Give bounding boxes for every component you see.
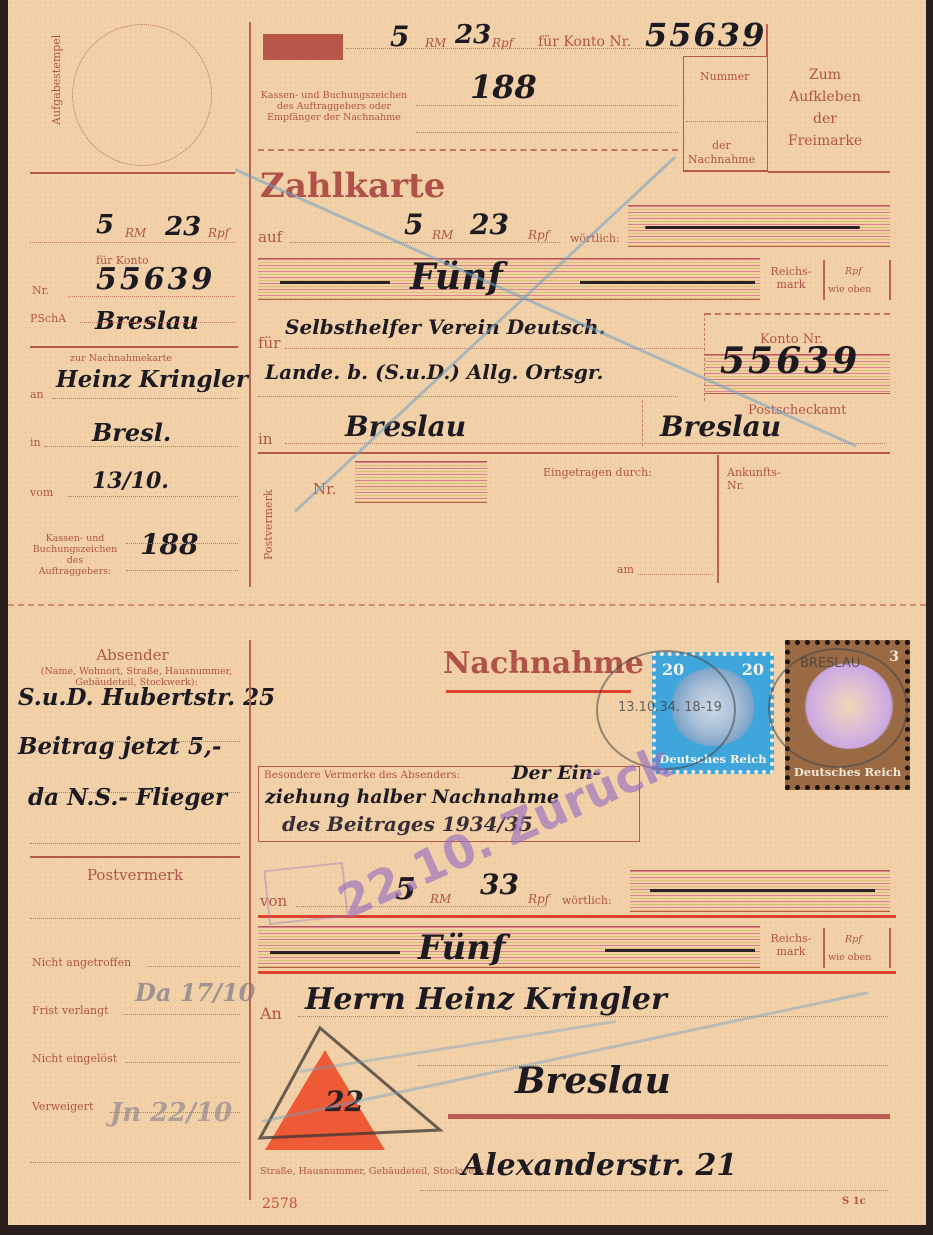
divider bbox=[766, 24, 768, 56]
postmark-circle-area bbox=[72, 24, 212, 166]
rpf-label: Rpf bbox=[528, 228, 549, 242]
dotted-line bbox=[416, 105, 678, 106]
vom-label: vom bbox=[30, 486, 53, 499]
zahlkarte-amount-rm: 5 bbox=[404, 208, 423, 241]
postvermerk-title: Postvermerk bbox=[30, 866, 240, 884]
recipient-street: Alexanderstr. 21 bbox=[462, 1148, 737, 1183]
divider bbox=[30, 172, 235, 174]
vermerke-label: Besondere Vermerke des Absenders: bbox=[264, 770, 460, 781]
dotted-line bbox=[52, 398, 238, 399]
wie-oben-label: wie oben bbox=[828, 284, 871, 295]
dotted-line bbox=[420, 1190, 888, 1191]
divider bbox=[642, 400, 644, 446]
nachnahme-amount-words: Fünf bbox=[418, 928, 506, 968]
rpf-label: Rpf bbox=[845, 266, 862, 277]
zahlkarte-amount-rpf: 23 bbox=[470, 208, 509, 241]
dotted-line bbox=[125, 1062, 240, 1063]
dotted-line bbox=[638, 574, 713, 575]
frist-verlangt-value: Da 17/10 bbox=[135, 978, 255, 1007]
zahlkarte-amount-words: Fünf bbox=[410, 256, 503, 298]
vom-value: 13/10. bbox=[92, 468, 169, 494]
recipient-name: Herrn Heinz Kringler bbox=[305, 982, 667, 1017]
sender-line1: S.u.D. Hubertstr. 25 bbox=[18, 684, 275, 711]
postmark-cancel: BRESLAU bbox=[768, 648, 908, 768]
postmark-date: 13.10.34. 18-19 bbox=[618, 700, 722, 715]
nicht-eingeloest-label: Nicht eingelöst bbox=[32, 1052, 117, 1065]
amount-words-bars bbox=[258, 926, 760, 968]
am-label: am bbox=[617, 563, 634, 576]
dotted-line bbox=[258, 396, 678, 397]
amount-words-bars bbox=[258, 258, 760, 300]
header-amount-rm: 5 bbox=[390, 20, 409, 53]
divider bbox=[823, 260, 825, 300]
postmark-city: BRESLAU bbox=[800, 656, 860, 671]
ankunfts-label: Ankunfts- Nr. bbox=[727, 466, 797, 492]
woertlich-label: wörtlich: bbox=[562, 894, 612, 907]
dotted-line bbox=[68, 496, 238, 497]
header-kassen-label: Kassen- und Buchungszeichen des Auftragg… bbox=[260, 90, 408, 123]
red-rule bbox=[258, 971, 896, 974]
header-kassen-value: 188 bbox=[470, 68, 537, 106]
ink-stroke bbox=[605, 949, 755, 952]
in-value: Bresl. bbox=[92, 418, 171, 447]
ink-stroke bbox=[280, 281, 390, 284]
dotted-line bbox=[123, 1014, 240, 1015]
frist-verlangt-label: Frist verlangt bbox=[32, 1004, 109, 1017]
der-label: der bbox=[712, 139, 731, 152]
ink-stroke bbox=[650, 889, 875, 892]
dotted-line bbox=[126, 543, 238, 544]
dotted-line bbox=[298, 1016, 888, 1017]
verweigert-value: Jn 22/10 bbox=[110, 1098, 232, 1128]
rm-label: RM bbox=[425, 36, 446, 50]
nachnahme-label: Nachnahme bbox=[688, 153, 755, 166]
reichsmark-label: Reichs- mark bbox=[765, 265, 817, 291]
red-block-marker bbox=[263, 34, 343, 60]
divider bbox=[30, 856, 240, 858]
zahlkarte-konto-number: 55639 bbox=[720, 340, 860, 382]
nummer-label: Nummer bbox=[700, 70, 749, 83]
stamp-denomination: 20 bbox=[742, 660, 764, 679]
stub-kassen-value: 188 bbox=[140, 528, 198, 561]
form-number: 2578 bbox=[262, 1196, 298, 1212]
divider bbox=[30, 346, 238, 348]
ink-stroke bbox=[645, 226, 860, 229]
postscheckamt-value: Breslau bbox=[660, 410, 781, 443]
aufgabestempel-label: Aufgabestempel bbox=[50, 35, 63, 125]
divider bbox=[717, 455, 719, 583]
stub-amount-rm: 5 bbox=[96, 210, 114, 240]
postvermerk-vertical-label: Postvermerk bbox=[262, 490, 275, 561]
nachnahme-amount-rpf: 33 bbox=[480, 868, 519, 901]
dotted-line bbox=[147, 966, 240, 967]
recipient-city: Breslau bbox=[515, 1060, 671, 1102]
divider bbox=[889, 928, 891, 968]
faint-box-stamp bbox=[263, 862, 348, 925]
eingetragen-label: Eingetragen durch: bbox=[543, 466, 652, 479]
dotted-line bbox=[68, 296, 235, 297]
wie-oben-label: wie oben bbox=[828, 952, 871, 963]
konto-label: für Konto Nr. bbox=[538, 34, 631, 50]
fuer-label: für bbox=[258, 334, 280, 352]
absender-label: Absender bbox=[30, 646, 235, 664]
pscha-value: Breslau bbox=[95, 306, 199, 335]
dotted-line bbox=[110, 1112, 240, 1113]
strasse-label: Straße, Hausnummer, Gebäudeteil, Stockwe… bbox=[260, 1166, 488, 1177]
woertlich-label: wörtlich: bbox=[570, 232, 620, 245]
dotted-line bbox=[285, 443, 885, 444]
rpf-label: Rpf bbox=[208, 226, 229, 240]
an-label: an bbox=[30, 388, 44, 401]
nr-label: Nr. bbox=[32, 284, 49, 297]
ink-stroke bbox=[580, 281, 755, 284]
dashed-line bbox=[258, 149, 678, 151]
dotted-line bbox=[30, 242, 235, 243]
stub-separator bbox=[249, 22, 251, 587]
divider bbox=[823, 928, 825, 968]
dotted-line bbox=[30, 843, 240, 844]
rpf-label: Rpf bbox=[528, 892, 549, 906]
in-label: in bbox=[258, 430, 272, 448]
freimarke-label: Zum Aufkleben der Freimarke bbox=[785, 64, 865, 152]
sender-line2: Beitrag jetzt 5,- bbox=[18, 733, 221, 760]
dotted-line bbox=[416, 132, 678, 133]
dotted-line bbox=[80, 322, 235, 323]
zahlkarte-in-value: Breslau bbox=[345, 410, 466, 443]
zahlkarte-title: Zahlkarte bbox=[260, 166, 445, 206]
city-underline bbox=[448, 1114, 890, 1119]
verweigert-label: Verweigert bbox=[32, 1100, 93, 1113]
header-account-number: 55639 bbox=[645, 16, 766, 54]
auf-label: auf bbox=[258, 228, 282, 246]
divider bbox=[889, 260, 891, 300]
dashed-line bbox=[705, 313, 890, 315]
divider bbox=[768, 171, 890, 173]
nicht-angetroffen-label: Nicht angetroffen bbox=[32, 956, 131, 969]
dotted-line bbox=[44, 446, 238, 447]
rm-label: RM bbox=[125, 226, 146, 240]
header-amount-rpf: 23 bbox=[455, 20, 491, 50]
nr-bars bbox=[355, 461, 487, 503]
an-value: Heinz Kringler bbox=[56, 366, 248, 393]
dotted-line bbox=[126, 570, 238, 571]
ink-stroke bbox=[270, 951, 400, 954]
reichsmark-label: Reichs- mark bbox=[765, 932, 817, 958]
stamp-denomination: 3 bbox=[889, 649, 899, 665]
stub-kassen-label: Kassen- und Buchungszeichen des Auftragg… bbox=[30, 533, 120, 577]
rpf-label: Rpf bbox=[845, 934, 862, 945]
sender-line3: da N.S.- Flieger bbox=[28, 784, 227, 811]
dotted-line bbox=[686, 121, 766, 122]
perforation-line bbox=[8, 604, 926, 608]
rm-label: RM bbox=[430, 892, 451, 906]
pscha-label: PSchA bbox=[30, 312, 66, 325]
nachnahmekarte-label: zur Nachnahmekarte bbox=[70, 353, 172, 364]
stub-amount-rpf: 23 bbox=[165, 212, 201, 242]
dotted-line bbox=[290, 242, 560, 243]
stub-account-number: 55639 bbox=[96, 262, 215, 297]
rpf-label: Rpf bbox=[492, 36, 513, 50]
in-label: in bbox=[30, 436, 41, 449]
recipient-line1: Selbsthelfer Verein Deutsch. bbox=[285, 315, 606, 339]
form-code: S 1c bbox=[842, 1196, 866, 1207]
dotted-line bbox=[30, 918, 240, 919]
dotted-line bbox=[30, 1162, 240, 1163]
rm-label: RM bbox=[432, 228, 453, 242]
